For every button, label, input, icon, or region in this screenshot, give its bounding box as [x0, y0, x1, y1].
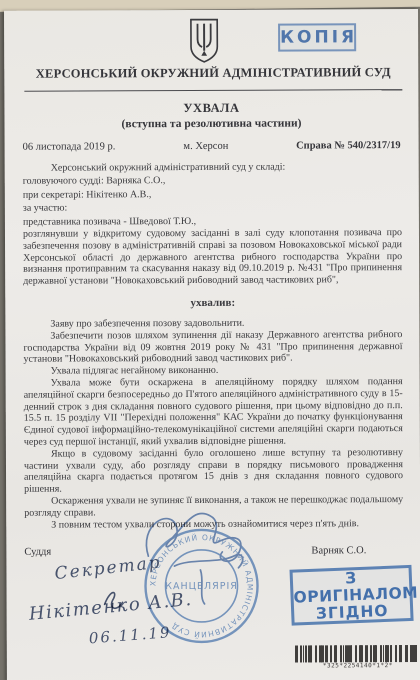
secretary-name-handwritten: Нікітенко А.В. [28, 589, 193, 625]
court-name: ХЕРСОНСЬКИЙ ОКРУЖНИЙ АДМІНІСТРАТИВНИЙ СУ… [18, 65, 408, 82]
header-divider [24, 89, 402, 92]
intro-paragraph: розглянувши у відкритому судовому засіда… [23, 227, 402, 288]
case-meta-row: 06 листопада 2019 р. м. Херсон Справа № … [23, 140, 401, 153]
barcode: *325*2254140*1*2* [295, 645, 420, 670]
secretary-signature-flourish [99, 586, 129, 612]
decision-city: м. Херсон [149, 141, 264, 152]
resolution-paragraph: Ухвала може бути оскаржена в апеляційном… [24, 376, 403, 448]
document-subtitle: (вступна та резолютивна частини) [4, 117, 418, 131]
judge-name: Варняк С.О. [311, 546, 366, 557]
barcode-bars [295, 645, 420, 663]
case-number: Справа № 540/2317/19 [263, 140, 400, 152]
resolution-paragraph: Оскарження ухвали не зупиняє її виконанн… [24, 494, 403, 519]
resolution-paragraph: Якщо в судовому засіданні було оголошено… [24, 447, 403, 496]
decision-date: 06 листопада 2019 р. [23, 141, 149, 153]
document-page: КОПІЯ ХЕРСОНСЬКИЙ ОКРУЖНИЙ АДМІНІСТРАТИВ… [4, 9, 420, 680]
document-body: Херсонський окружний адміністративний су… [23, 160, 404, 531]
resolution-paragraph: Забезпечити позов шляхом зупинення дії н… [23, 329, 402, 366]
copy-stamp: КОПІЯ [278, 23, 356, 51]
certified-true-copy-stamp: З ОРИГІНАЛОМ ЗГІДНО [290, 565, 414, 626]
ukraine-trident-emblem-icon [186, 18, 222, 64]
document-title: УХВАЛА [4, 100, 418, 117]
round-stamp-center-text: КАНЦЕЛЯРІЯ [165, 581, 238, 592]
barcode-text: *325*2254140*1*2* [295, 662, 420, 670]
judge-label: Суддя [24, 547, 51, 558]
document-header: КОПІЯ [4, 9, 418, 63]
certify-stamp-line1: З ОРИГІНАЛОМ [293, 568, 410, 607]
resolution-paragraph: З повним тестом ухвали сторони можуть оз… [24, 518, 403, 531]
handwritten-date: 06.11.19 [88, 623, 172, 647]
certify-stamp-line2: ЗГІДНО [294, 602, 411, 624]
resolution-heading: ухвалив: [23, 296, 402, 310]
signature-row: Суддя Варняк С.О. [24, 545, 402, 558]
